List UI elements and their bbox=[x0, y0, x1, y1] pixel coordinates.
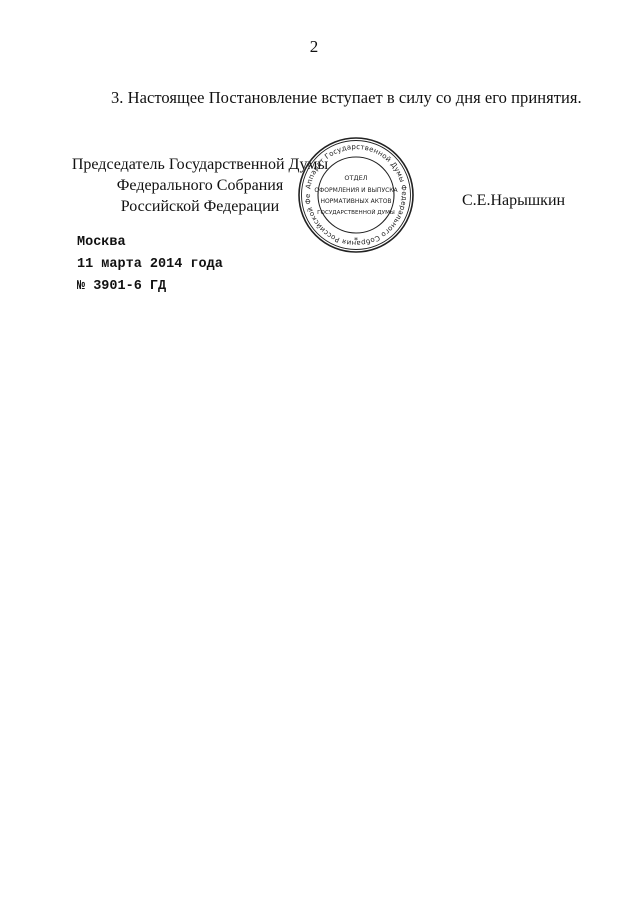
stamp-star: * bbox=[354, 236, 358, 245]
signature-title-line: Российской Федерации bbox=[70, 196, 330, 217]
signature-title-block: Председатель Государственной Думы Федера… bbox=[70, 154, 330, 217]
signature-title-line: Федерального Собрания bbox=[70, 175, 330, 196]
stamp-inner-line: ОТДЕЛ bbox=[344, 174, 367, 182]
signatory-name: С.Е.Нарышкин bbox=[462, 192, 565, 210]
stamp-inner-line: ГОСУДАРСТВЕННОЙ ДУМЫ bbox=[317, 209, 395, 216]
stamp-inner-line: ОФОРМЛЕНИЯ И ВЫПУСКА bbox=[314, 187, 398, 194]
place: Москва bbox=[77, 232, 223, 254]
document-number: № 3901-6 ГД bbox=[77, 276, 223, 298]
stamp-inner-line: НОРМАТИВНЫХ АКТОВ bbox=[320, 198, 391, 205]
official-stamp-icon: Аппарат Государственной Думы Федеральног… bbox=[297, 136, 415, 254]
clause-paragraph: 3. Настоящее Постановление вступает в си… bbox=[111, 88, 582, 108]
page-number: 2 bbox=[0, 37, 628, 57]
signature-title-line: Председатель Государственной Думы bbox=[70, 154, 330, 175]
place-date-block: Москва 11 марта 2014 года № 3901-6 ГД bbox=[77, 232, 223, 298]
document-page: 2 3. Настоящее Постановление вступает в … bbox=[0, 0, 640, 905]
date: 11 марта 2014 года bbox=[77, 254, 223, 276]
